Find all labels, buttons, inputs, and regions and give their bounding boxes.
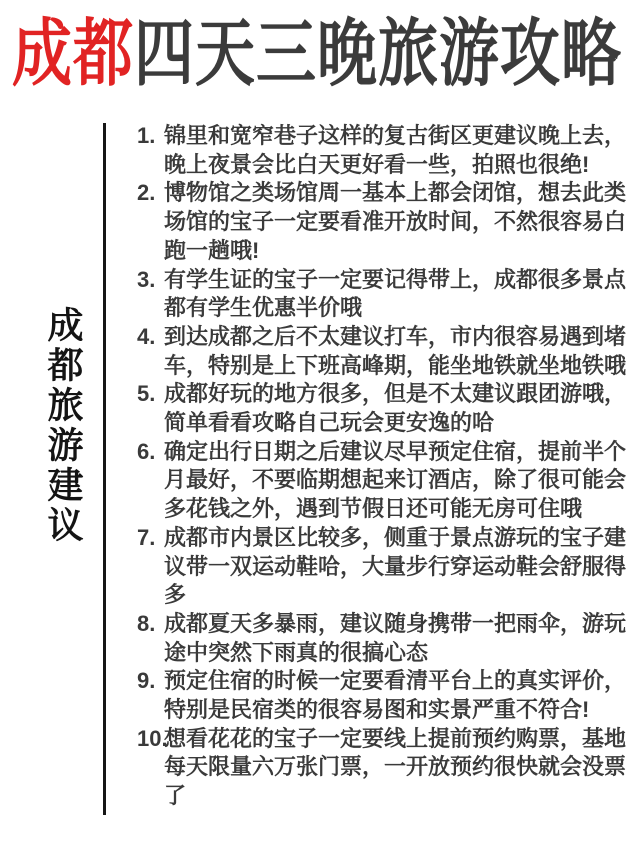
tip-row: 8. 成都夏天多暴雨，建议随身携带一把雨伞，游玩途中突然下雨真的很搞心态 — [137, 610, 631, 667]
tip-number: 3. — [137, 266, 164, 295]
tip-row: 10. 想看花花的宝子一定要线上提前预约购票，基地每天限量六万张门票，一开放预约… — [137, 725, 631, 811]
tip-row: 7. 成都市内景区比较多，侧重于景点游玩的宝子建议带一双运动鞋哈，大量步行穿运动… — [137, 524, 631, 610]
tip-text: 成都夏天多暴雨，建议随身携带一把雨伞，游玩途中突然下雨真的很搞心态 — [164, 610, 631, 667]
tip-number: 1. — [137, 122, 164, 151]
vertical-divider — [103, 123, 106, 815]
tip-number: 2. — [137, 179, 164, 208]
tip-row: 3. 有学生证的宝子一定要记得带上，成都很多景点都有学生优惠半价哦 — [137, 266, 631, 323]
tip-text: 博物馆之类场馆周一基本上都会闭馆，想去此类场馆的宝子一定要看准开放时间，不然很容… — [164, 179, 631, 265]
tip-number: 8. — [137, 610, 164, 639]
tip-number: 7. — [137, 524, 164, 553]
tip-row: 4. 到达成都之后不太建议打车，市内很容易遇到堵车，特别是上下班高峰期，能坐地铁… — [137, 323, 631, 380]
tip-text: 成都市内景区比较多，侧重于景点游玩的宝子建议带一双运动鞋哈，大量步行穿运动鞋会舒… — [164, 524, 631, 610]
sidebar-vertical-label: 成都旅游建议 — [38, 306, 89, 546]
tip-text: 到达成都之后不太建议打车，市内很容易遇到堵车，特别是上下班高峰期，能坐地铁就坐地… — [164, 323, 631, 380]
page-title-rest: 四天三晚旅游攻略 — [134, 13, 622, 95]
tip-row: 5. 成都好玩的地方很多，但是不太建议跟团游哦，简单看看攻略自己玩会更安逸的哈 — [137, 380, 631, 437]
tip-row: 1. 锦里和宽窄巷子这样的复古街区更建议晚上去，晚上夜景会比白天更好看一些，拍照… — [137, 122, 631, 179]
tip-text: 想看花花的宝子一定要线上提前预约购票，基地每天限量六万张门票，一开放预约很快就会… — [164, 725, 631, 811]
tip-text: 锦里和宽窄巷子这样的复古街区更建议晚上去，晚上夜景会比白天更好看一些，拍照也很绝… — [164, 122, 631, 179]
travel-guide-page: { "title": { "highlight": "成都", "rest": … — [0, 0, 640, 855]
tip-text: 预定住宿的时候一定要看清平台上的真实评价，特别是民宿类的很容易图和实景严重不符合… — [164, 667, 631, 724]
tip-row: 6. 确定出行日期之后建议尽早预定住宿，提前半个月最好，不要临期想起来订酒店，除… — [137, 438, 631, 524]
tip-text: 确定出行日期之后建议尽早预定住宿，提前半个月最好，不要临期想起来订酒店，除了很可… — [164, 438, 631, 524]
tip-number: 10. — [137, 725, 164, 754]
tip-text: 成都好玩的地方很多，但是不太建议跟团游哦，简单看看攻略自己玩会更安逸的哈 — [164, 380, 631, 437]
tip-number: 4. — [137, 323, 164, 352]
tip-text: 有学生证的宝子一定要记得带上，成都很多景点都有学生优惠半价哦 — [164, 266, 631, 323]
page-title: 成都四天三晚旅游攻略 — [12, 14, 622, 95]
tip-row: 2. 博物馆之类场馆周一基本上都会闭馆，想去此类场馆的宝子一定要看准开放时间，不… — [137, 179, 631, 265]
tip-number: 6. — [137, 438, 164, 467]
tips-list: 1. 锦里和宽窄巷子这样的复古街区更建议晚上去，晚上夜景会比白天更好看一些，拍照… — [137, 122, 631, 811]
tip-row: 9. 预定住宿的时候一定要看清平台上的真实评价，特别是民宿类的很容易图和实景严重… — [137, 667, 631, 724]
tip-number: 9. — [137, 667, 164, 696]
page-title-highlight: 成都 — [12, 13, 134, 95]
tip-number: 5. — [137, 380, 164, 409]
